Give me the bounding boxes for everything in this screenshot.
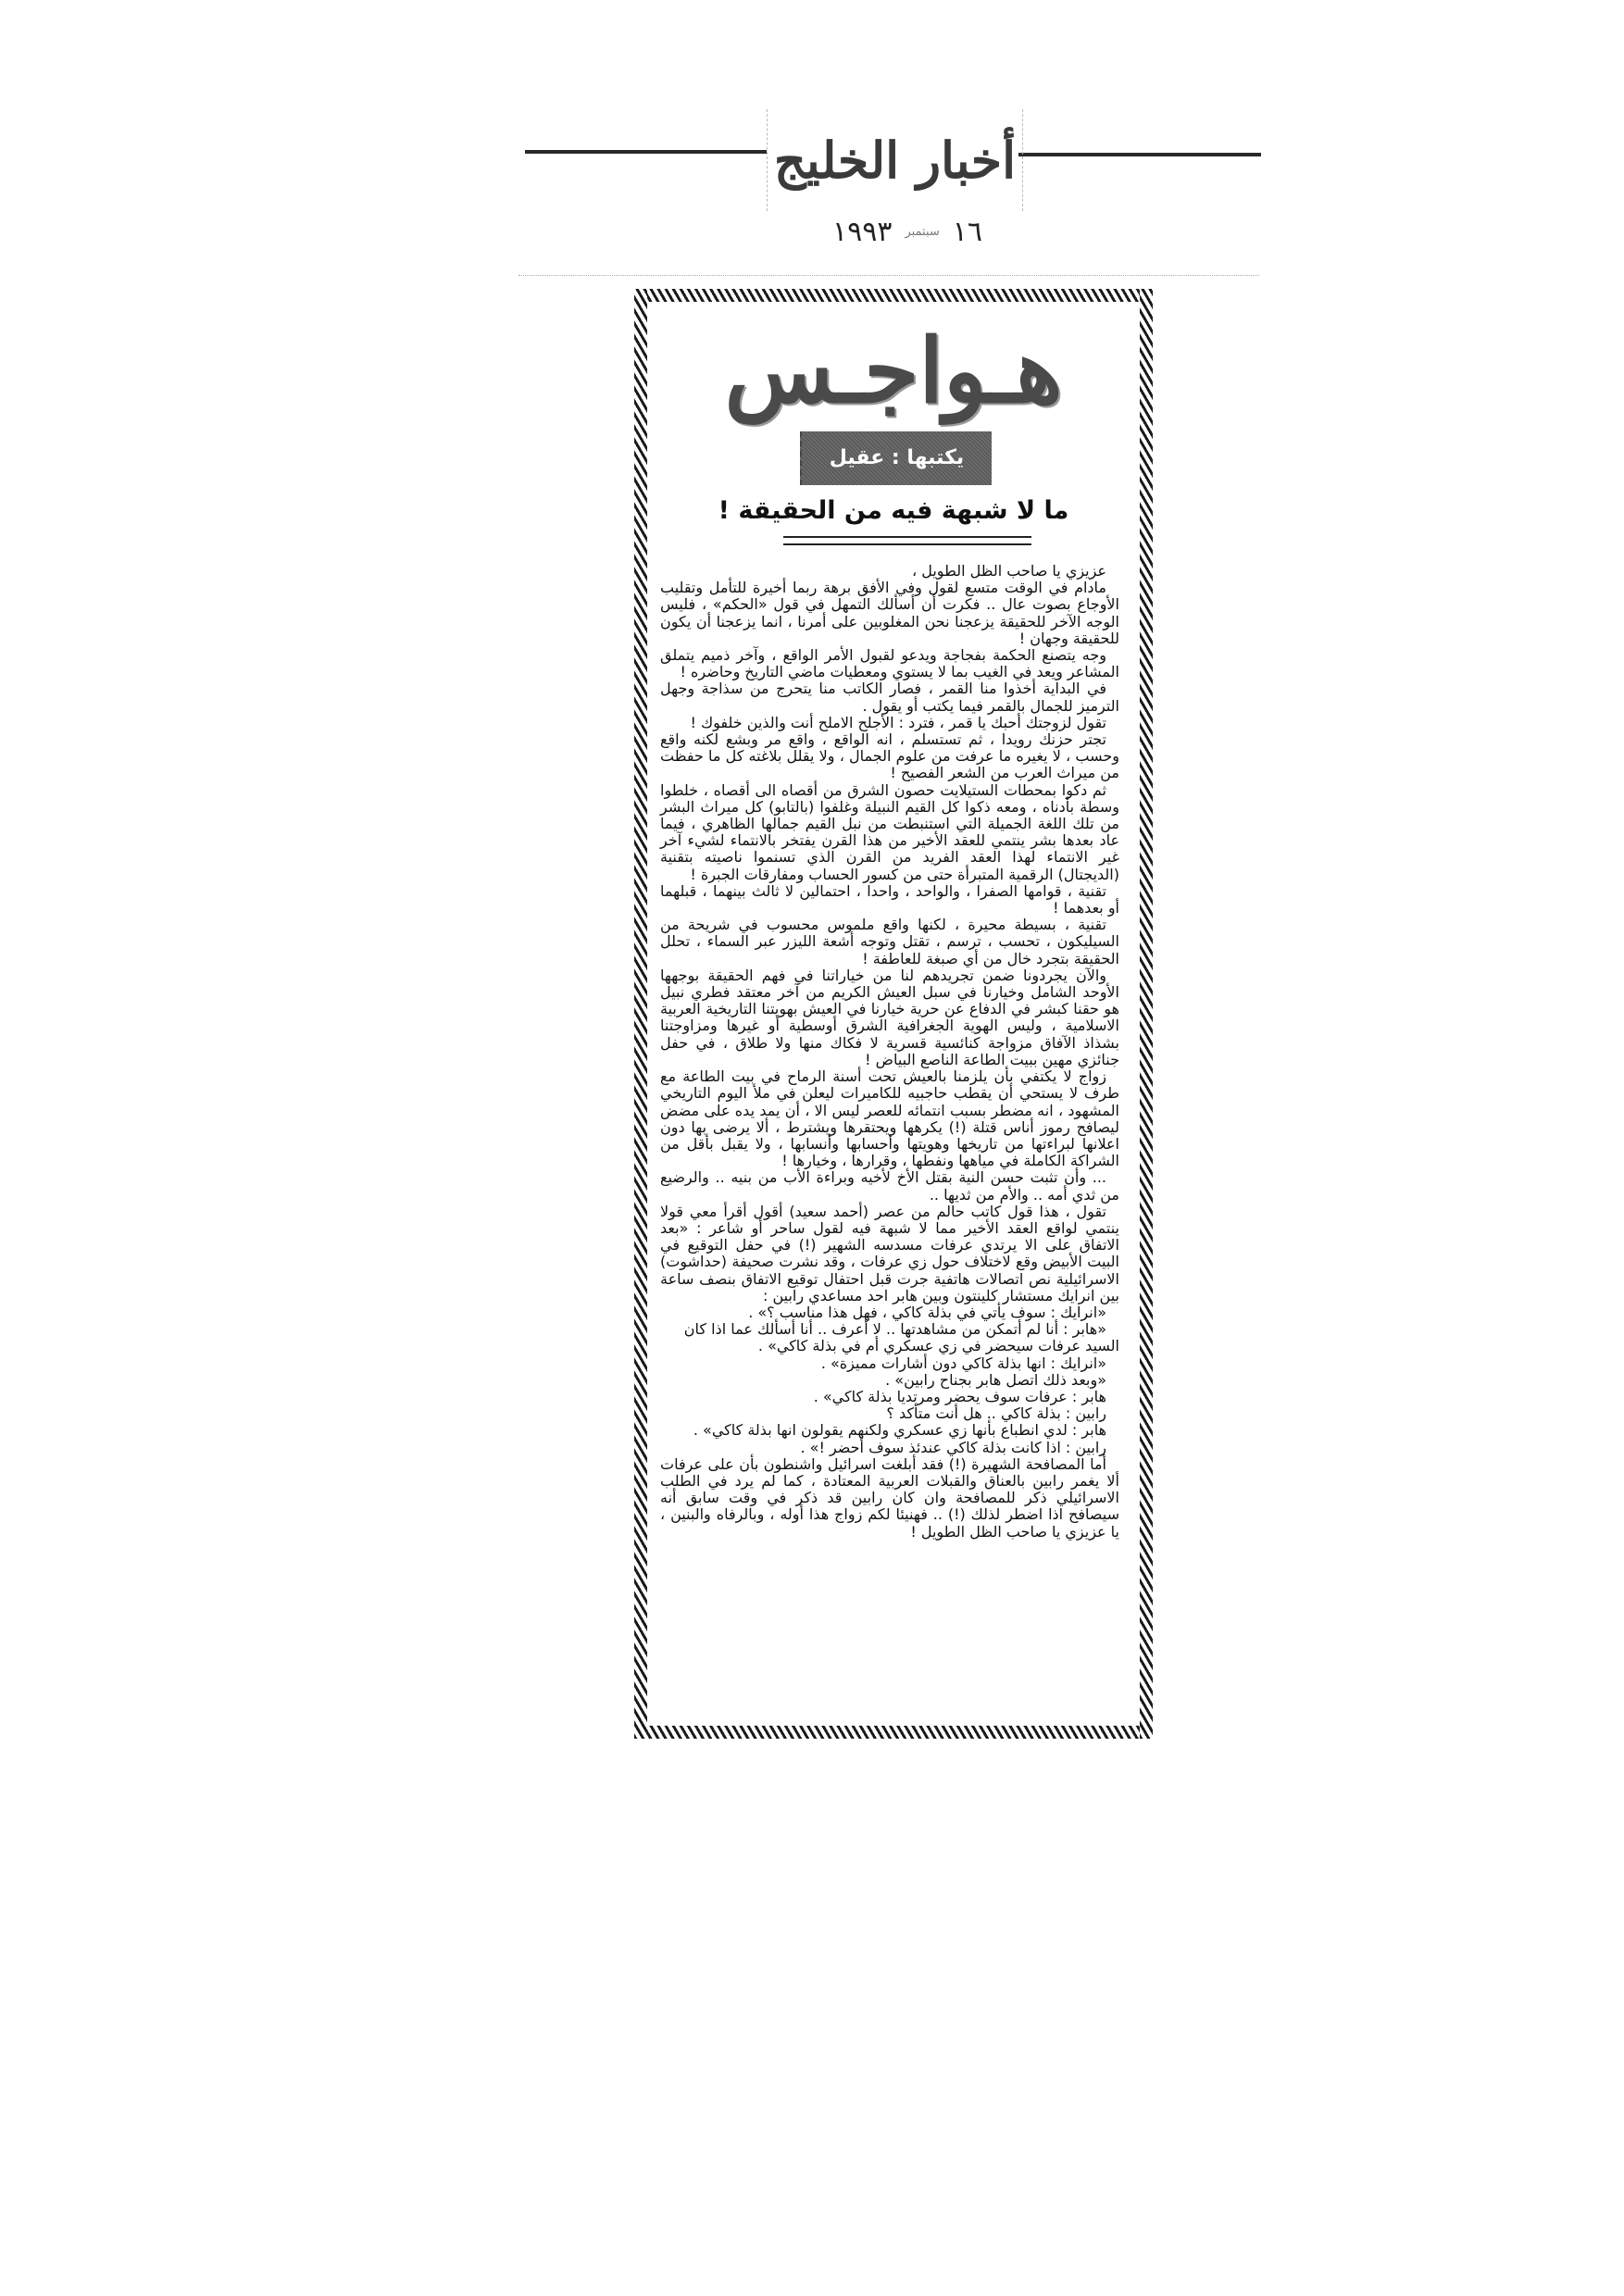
article-body: عزيزي يا صاحب الظل الطويل ، مادام في الو… bbox=[660, 563, 1119, 1541]
dialog-line: هابر : عرفات سوف يحضر ومرتديا بذلة كاكي»… bbox=[660, 1389, 1119, 1405]
masthead-logo: أخبار الخليج bbox=[774, 131, 1016, 190]
date-month: سبتمبر bbox=[905, 225, 939, 239]
column-content: هـواجـس يكتبها : عقيل سوار ما لا شبهة في… bbox=[647, 302, 1140, 1726]
paragraph: وجه يتصنع الحكمة بفجاجة ويدعو لقبول الأم… bbox=[660, 647, 1119, 680]
hatched-border-top bbox=[634, 289, 1153, 302]
paragraph: مادام في الوقت متسع لقول وفي الأفق برهة … bbox=[660, 580, 1119, 647]
masthead-box: أخبار الخليج bbox=[767, 109, 1023, 211]
headline-double-rule bbox=[783, 536, 1031, 545]
date-year: ١٩٩٣ bbox=[832, 216, 892, 248]
paragraph: ثم دكوا بمحطات الستيلايت حصون الشرق من أ… bbox=[660, 782, 1119, 883]
dialog-line: رابين : بذلة كاكي .. هل أنت متأكد ؟ bbox=[660, 1405, 1119, 1422]
date-day: ١٦ bbox=[953, 216, 982, 248]
paragraph: والآن يجردونا ضمن تجريدهم لنا من خياراتن… bbox=[660, 967, 1119, 1068]
paragraph: تقنية ، بسيطة محيرة ، لكنها واقع ملموس م… bbox=[660, 917, 1119, 967]
hatched-border-right bbox=[1140, 289, 1153, 1739]
hatched-border-bottom bbox=[634, 1726, 1153, 1739]
closing-paragraph: أما المصافحة الشهيرة (!) فقد أبلغت اسرائ… bbox=[660, 1456, 1119, 1541]
dateline: ١٦ سبتمبر ١٩٩٣ bbox=[815, 208, 1000, 255]
column-frame: هـواجـس يكتبها : عقيل سوار ما لا شبهة في… bbox=[634, 289, 1153, 1739]
hatched-border-left bbox=[634, 289, 647, 1739]
dialog-line: «انرايك : سوف يأتي في بذلة كاكي ، فهل هذ… bbox=[660, 1304, 1119, 1321]
header-rule-left bbox=[525, 150, 767, 154]
dialog-line: «انرايك : انها بذلة كاكي دون أشارات مميز… bbox=[660, 1355, 1119, 1372]
column-title: هـواجـس bbox=[666, 320, 1121, 422]
dialog-line: «هابر : أنا لم أتمكن من مشاهدتها .. لا أ… bbox=[660, 1321, 1119, 1354]
dialog-line: هابر : لدي انطباع بأنها زي عسكري ولكنهم … bbox=[660, 1422, 1119, 1439]
dialog-line: رابين : اذا كانت بذلة كاكي عندئذ سوف أحض… bbox=[660, 1440, 1119, 1456]
dialog-line: «وبعد ذلك اتصل هابر بجناح رابين» . bbox=[660, 1372, 1119, 1389]
clipping-separator bbox=[518, 275, 1259, 276]
paragraph: تجتر حزنك رويدا ، ثم تستسلم ، انه الواقع… bbox=[660, 731, 1119, 782]
paragraph: تقول ، هذا قول كاتب حالم من عصر (أحمد سع… bbox=[660, 1204, 1119, 1304]
article-headline: ما لا شبهة فيه من الحقيقة ! bbox=[684, 496, 1103, 525]
paragraph: تقول لزوجتك أحبك يا قمر ، فترد : الأجلح … bbox=[660, 715, 1119, 731]
paragraph: في البداية أخذوا منا القمر ، فصار الكاتب… bbox=[660, 680, 1119, 714]
paragraph: ... وأن تثبت حسن النية بقتل الأخ لأخيه و… bbox=[660, 1169, 1119, 1203]
paragraph: زواج لا يكتفي بأن يلزمنا بالعيش تحت أسنة… bbox=[660, 1068, 1119, 1169]
author-byline: يكتبها : عقيل سوار bbox=[800, 431, 992, 485]
paragraph: عزيزي يا صاحب الظل الطويل ، bbox=[660, 563, 1119, 580]
paragraph: تقنية ، قوامها الصفرا ، والواحد ، واحدا … bbox=[660, 883, 1119, 917]
header-rule-right bbox=[1018, 153, 1261, 156]
